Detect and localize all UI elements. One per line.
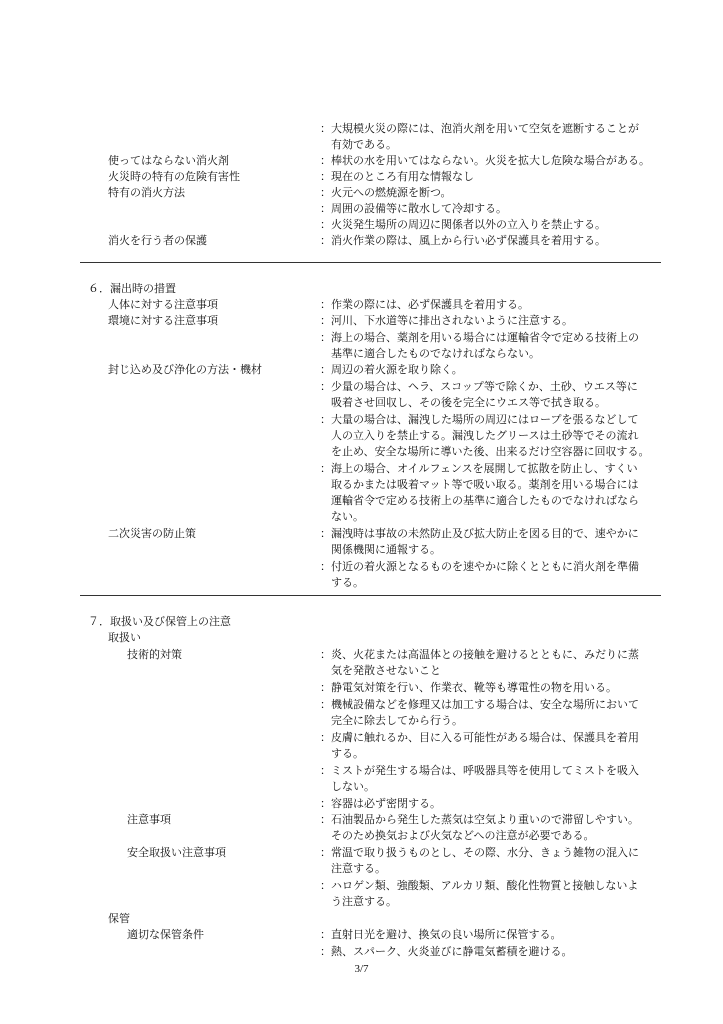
value-text: しない。 [331,779,375,795]
text-line: 人体に対する注意事項 ： 作業の際には、必ず保護具を着用する。 [0,297,723,313]
value-text: 完全に除去してから行う。 [331,713,463,729]
value-text: 運輸省令で定める技術上の基準に適合したものでなければなら [331,493,639,509]
value-text: 関係機関に通報する。 [331,542,441,558]
value-text: 火災発生場所の周辺に関係者以外の立入りを禁止する。 [331,217,606,233]
text-line: 注意する。 [0,861,723,877]
field-label: 消火を行う者の保護 [108,233,207,249]
colon: ： [320,647,331,663]
text-line: 技術的対策 ： 炎、火花または高温体との接触を避けるとともに、みだりに蒸 [0,647,723,663]
field-label: 火災時の特有の危険有害性 [108,169,240,185]
value-text: 周辺の着火源を取り除く。 [331,362,463,378]
colon: ： [320,217,331,233]
subsection-heading-row: 取扱い [0,630,723,646]
text-line: ない。 [0,509,723,525]
field-label: 人体に対する注意事項 [108,297,218,313]
text-line: 運輸省令で定める技術上の基準に適合したものでなければなら [0,493,723,509]
text-line: 二次災害の防止策 ： 漏洩時は事故の未然防止及び拡大防止を図る目的で、速やかに [0,526,723,542]
colon: ： [320,121,331,137]
text-line: ： 皮膚に触れるか、目に入る可能性がある場合は、保護具を着用 [0,730,723,746]
text-line: ： 周囲の設備等に散水して冷却する。 [0,201,723,217]
value-text: 皮膚に触れるか、目に入る可能性がある場合は、保護具を着用 [331,730,639,746]
value-text: う注意する。 [331,894,397,910]
text-line: 完全に除去してから行う。 [0,713,723,729]
page-number: 3/7 [0,963,723,975]
colon: ： [320,845,331,861]
text-line: ： 大量の場合は、漏洩した場所の周辺にはロープを張るなどして [0,412,723,428]
colon: ： [320,330,331,346]
colon: ： [320,185,331,201]
text-line: 注意事項 ： 石油製品から発生した蒸気は空気より重いので滞留しやすい。 [0,812,723,828]
field-label: 封じ込め及び浄化の方法・機材 [108,362,262,378]
colon: ： [320,461,331,477]
text-line: 有効である。 [0,137,723,153]
text-line: ： 容器は必ず密閉する。 [0,796,723,812]
text-line: ： 静電気対策を行い、作業衣、靴等も導電性の物を用いる。 [0,680,723,696]
text-line: 適切な保管条件 ： 直射日光を避け、換気の良い場所に保管する。 [0,927,723,943]
value-text: 直射日光を避け、換気の良い場所に保管する。 [331,927,562,943]
field-label: 二次災害の防止策 [108,526,196,542]
field-label: 技術的対策 [127,647,182,663]
colon: ： [320,680,331,696]
field-label: 安全取扱い注意事項 [127,845,226,861]
text-line: 気を発散させないこと [0,663,723,679]
colon: ： [320,201,331,217]
text-line: 特有の消火方法 ： 火元への燃焼源を断つ。 [0,185,723,201]
colon: ： [320,169,331,185]
colon: ： [320,297,331,313]
text-line: ： 大規模火災の際には、泡消火剤を用いて空気を遮断することが [0,121,723,137]
subsection-heading-handling: 取扱い [108,630,141,646]
colon: ： [320,697,331,713]
text-line: しない。 [0,779,723,795]
text-line: ： 付近の着火源となるものを速やかに除くとともに消火剤を準備 [0,559,723,575]
section-divider [80,262,661,263]
value-text: 消火作業の際は、風上から行い必ず保護具を着用する。 [331,233,606,249]
value-text: 人の立入りを禁止する。漏洩したグリースは土砂等でその流れ [331,428,638,444]
text-line: 環境に対する注意事項 ： 河川、下水道等に排出されないように注意する。 [0,313,723,329]
subsection-heading-storage: 保管 [108,911,130,927]
text-line: ： 熱、スパーク、火炎並びに静電気蓄積を避ける。 [0,944,723,960]
colon: ： [320,153,331,169]
colon: ： [320,878,331,894]
text-line: 関係機関に通報する。 [0,542,723,558]
value-text: 気を発散させないこと [331,663,441,679]
value-text: を止め、安全な場所に導いた後、出来るだけ空容器に回収する。 [331,444,650,460]
value-text: 付近の着火源となるものを速やかに除くとともに消火剤を準備 [331,559,639,575]
value-text: 河川、下水道等に排出されないように注意する。 [331,313,573,329]
text-line: ： ハロゲン類、強酸類、アルカリ類、酸化性物質と接触しないよ [0,878,723,894]
section-heading-row: ７．取扱い及び保管上の注意 [0,614,723,630]
text-line: 基準に適合したものでなければならない。 [0,346,723,362]
value-text: する。 [331,746,364,762]
value-text: 大量の場合は、漏洩した場所の周辺にはロープを張るなどして [331,412,638,428]
colon: ： [320,730,331,746]
field-label: 使ってはならない消火剤 [108,153,229,169]
text-line: する。 [0,575,723,591]
value-text: 熱、スパーク、火炎並びに静電気蓄積を避ける。 [331,944,573,960]
text-line: 安全取扱い注意事項 ： 常温で取り扱うものとし、その際、水分、きょう雑物の混入に [0,845,723,861]
colon: ： [320,233,331,249]
colon: ： [320,559,331,575]
colon: ： [320,379,331,395]
value-text: 静電気対策を行い、作業衣、靴等も導電性の物を用いる。 [331,680,617,696]
value-text: ない。 [331,509,364,525]
field-label: 適切な保管条件 [127,927,204,943]
value-text: 常温で取り扱うものとし、その際、水分、きょう雑物の混入に [331,845,639,861]
field-label: 特有の消火方法 [108,185,185,201]
value-text: 海上の場合、オイルフェンスを展開して拡散を防止し、すくい [331,461,638,477]
value-text: 吸着させ回収し、その後を完全にウエス等で拭き取る。 [331,395,606,411]
colon: ： [320,412,331,428]
text-line: 吸着させ回収し、その後を完全にウエス等で拭き取る。 [0,395,723,411]
value-text: 基準に適合したものでなければならない。 [331,346,540,362]
value-text: 大規模火災の際には、泡消火剤を用いて空気を遮断することが [331,121,639,137]
text-line: 封じ込め及び浄化の方法・機材 ： 周辺の着火源を取り除く。 [0,362,723,378]
text-line: を止め、安全な場所に導いた後、出来るだけ空容器に回収する。 [0,444,723,460]
text-line: ： 火災発生場所の周辺に関係者以外の立入りを禁止する。 [0,217,723,233]
text-line: する。 [0,746,723,762]
text-line: 火災時の特有の危険有害性 ： 現在のところ有用な情報なし [0,169,723,185]
text-line: 取るかまたは吸着マット等で吸い取る。薬剤を用いる場合には [0,477,723,493]
colon: ： [320,796,331,812]
text-line: う注意する。 [0,894,723,910]
value-text: ミストが発生する場合は、呼吸器具等を使用してミストを吸入 [331,763,639,779]
colon: ： [320,362,331,378]
colon: ： [320,944,331,960]
value-text: 有効である。 [331,137,397,153]
colon: ： [320,812,331,828]
field-label: 環境に対する注意事項 [108,313,218,329]
subsection-heading-row: 保管 [0,911,723,927]
text-line: 使ってはならない消火剤 ： 棒状の水を用いてはならない。火災を拡大し危険な場合が… [0,153,723,169]
value-text: 注意する。 [331,861,386,877]
value-text: 容器は必ず密閉する。 [331,796,441,812]
value-text: 棒状の水を用いてはならない。火災を拡大し危険な場合がある。 [331,153,650,169]
value-text: 石油製品から発生した蒸気は空気より重いので滞留しやすい。 [331,812,639,828]
colon: ： [320,526,331,542]
text-line: ： 機械設備などを修理又は加工する場合は、安全な場所において [0,697,723,713]
colon: ： [320,313,331,329]
value-text: 少量の場合は、ヘラ、スコップ等で除くか、土砂、ウエス等に [331,379,638,395]
colon: ： [320,763,331,779]
value-text: 現在のところ有用な情報なし [331,169,474,185]
text-line: ： 海上の場合、薬剤を用いる場合には運輸省令で定める技術上の [0,330,723,346]
text-line: 人の立入りを禁止する。漏洩したグリースは土砂等でその流れ [0,428,723,444]
text-line: ： 海上の場合、オイルフェンスを展開して拡散を防止し、すくい [0,461,723,477]
value-text: 取るかまたは吸着マット等で吸い取る。薬剤を用いる場合には [331,477,639,493]
field-label: 注意事項 [127,812,171,828]
value-text: 漏洩時は事故の未然防止及び拡大防止を図る目的で、速やかに [331,526,639,542]
value-text: そのため換気および火気などへの注意が必要である。 [331,828,595,844]
text-line: ： ミストが発生する場合は、呼吸器具等を使用してミストを吸入 [0,763,723,779]
text-line: そのため換気および火気などへの注意が必要である。 [0,828,723,844]
colon: ： [320,927,331,943]
value-text: 機械設備などを修理又は加工する場合は、安全な場所において [331,697,639,713]
section-heading: ７．取扱い及び保管上の注意 [88,614,231,630]
section-heading-row: ６．漏出時の措置 [0,281,723,297]
value-text: 火元への燃焼源を断つ。 [331,185,452,201]
value-text: 炎、火花または高温体との接触を避けるとともに、みだりに蒸 [331,647,639,663]
value-text: 作業の際には、必ず保護具を着用する。 [331,297,529,313]
value-text: ハロゲン類、強酸類、アルカリ類、酸化性物質と接触しないよ [331,878,638,894]
section-heading: ６．漏出時の措置 [88,281,176,297]
text-line: ： 少量の場合は、ヘラ、スコップ等で除くか、土砂、ウエス等に [0,379,723,395]
text-line: 消火を行う者の保護 ： 消火作業の際は、風上から行い必ず保護具を着用する。 [0,233,723,249]
value-text: する。 [331,575,364,591]
value-text: 海上の場合、薬剤を用いる場合には運輸省令で定める技術上の [331,330,639,346]
value-text: 周囲の設備等に散水して冷却する。 [331,201,507,217]
sds-page: ： 大規模火災の際には、泡消火剤を用いて空気を遮断することが 有効である。 使っ… [0,0,723,1024]
section-divider [80,595,661,596]
